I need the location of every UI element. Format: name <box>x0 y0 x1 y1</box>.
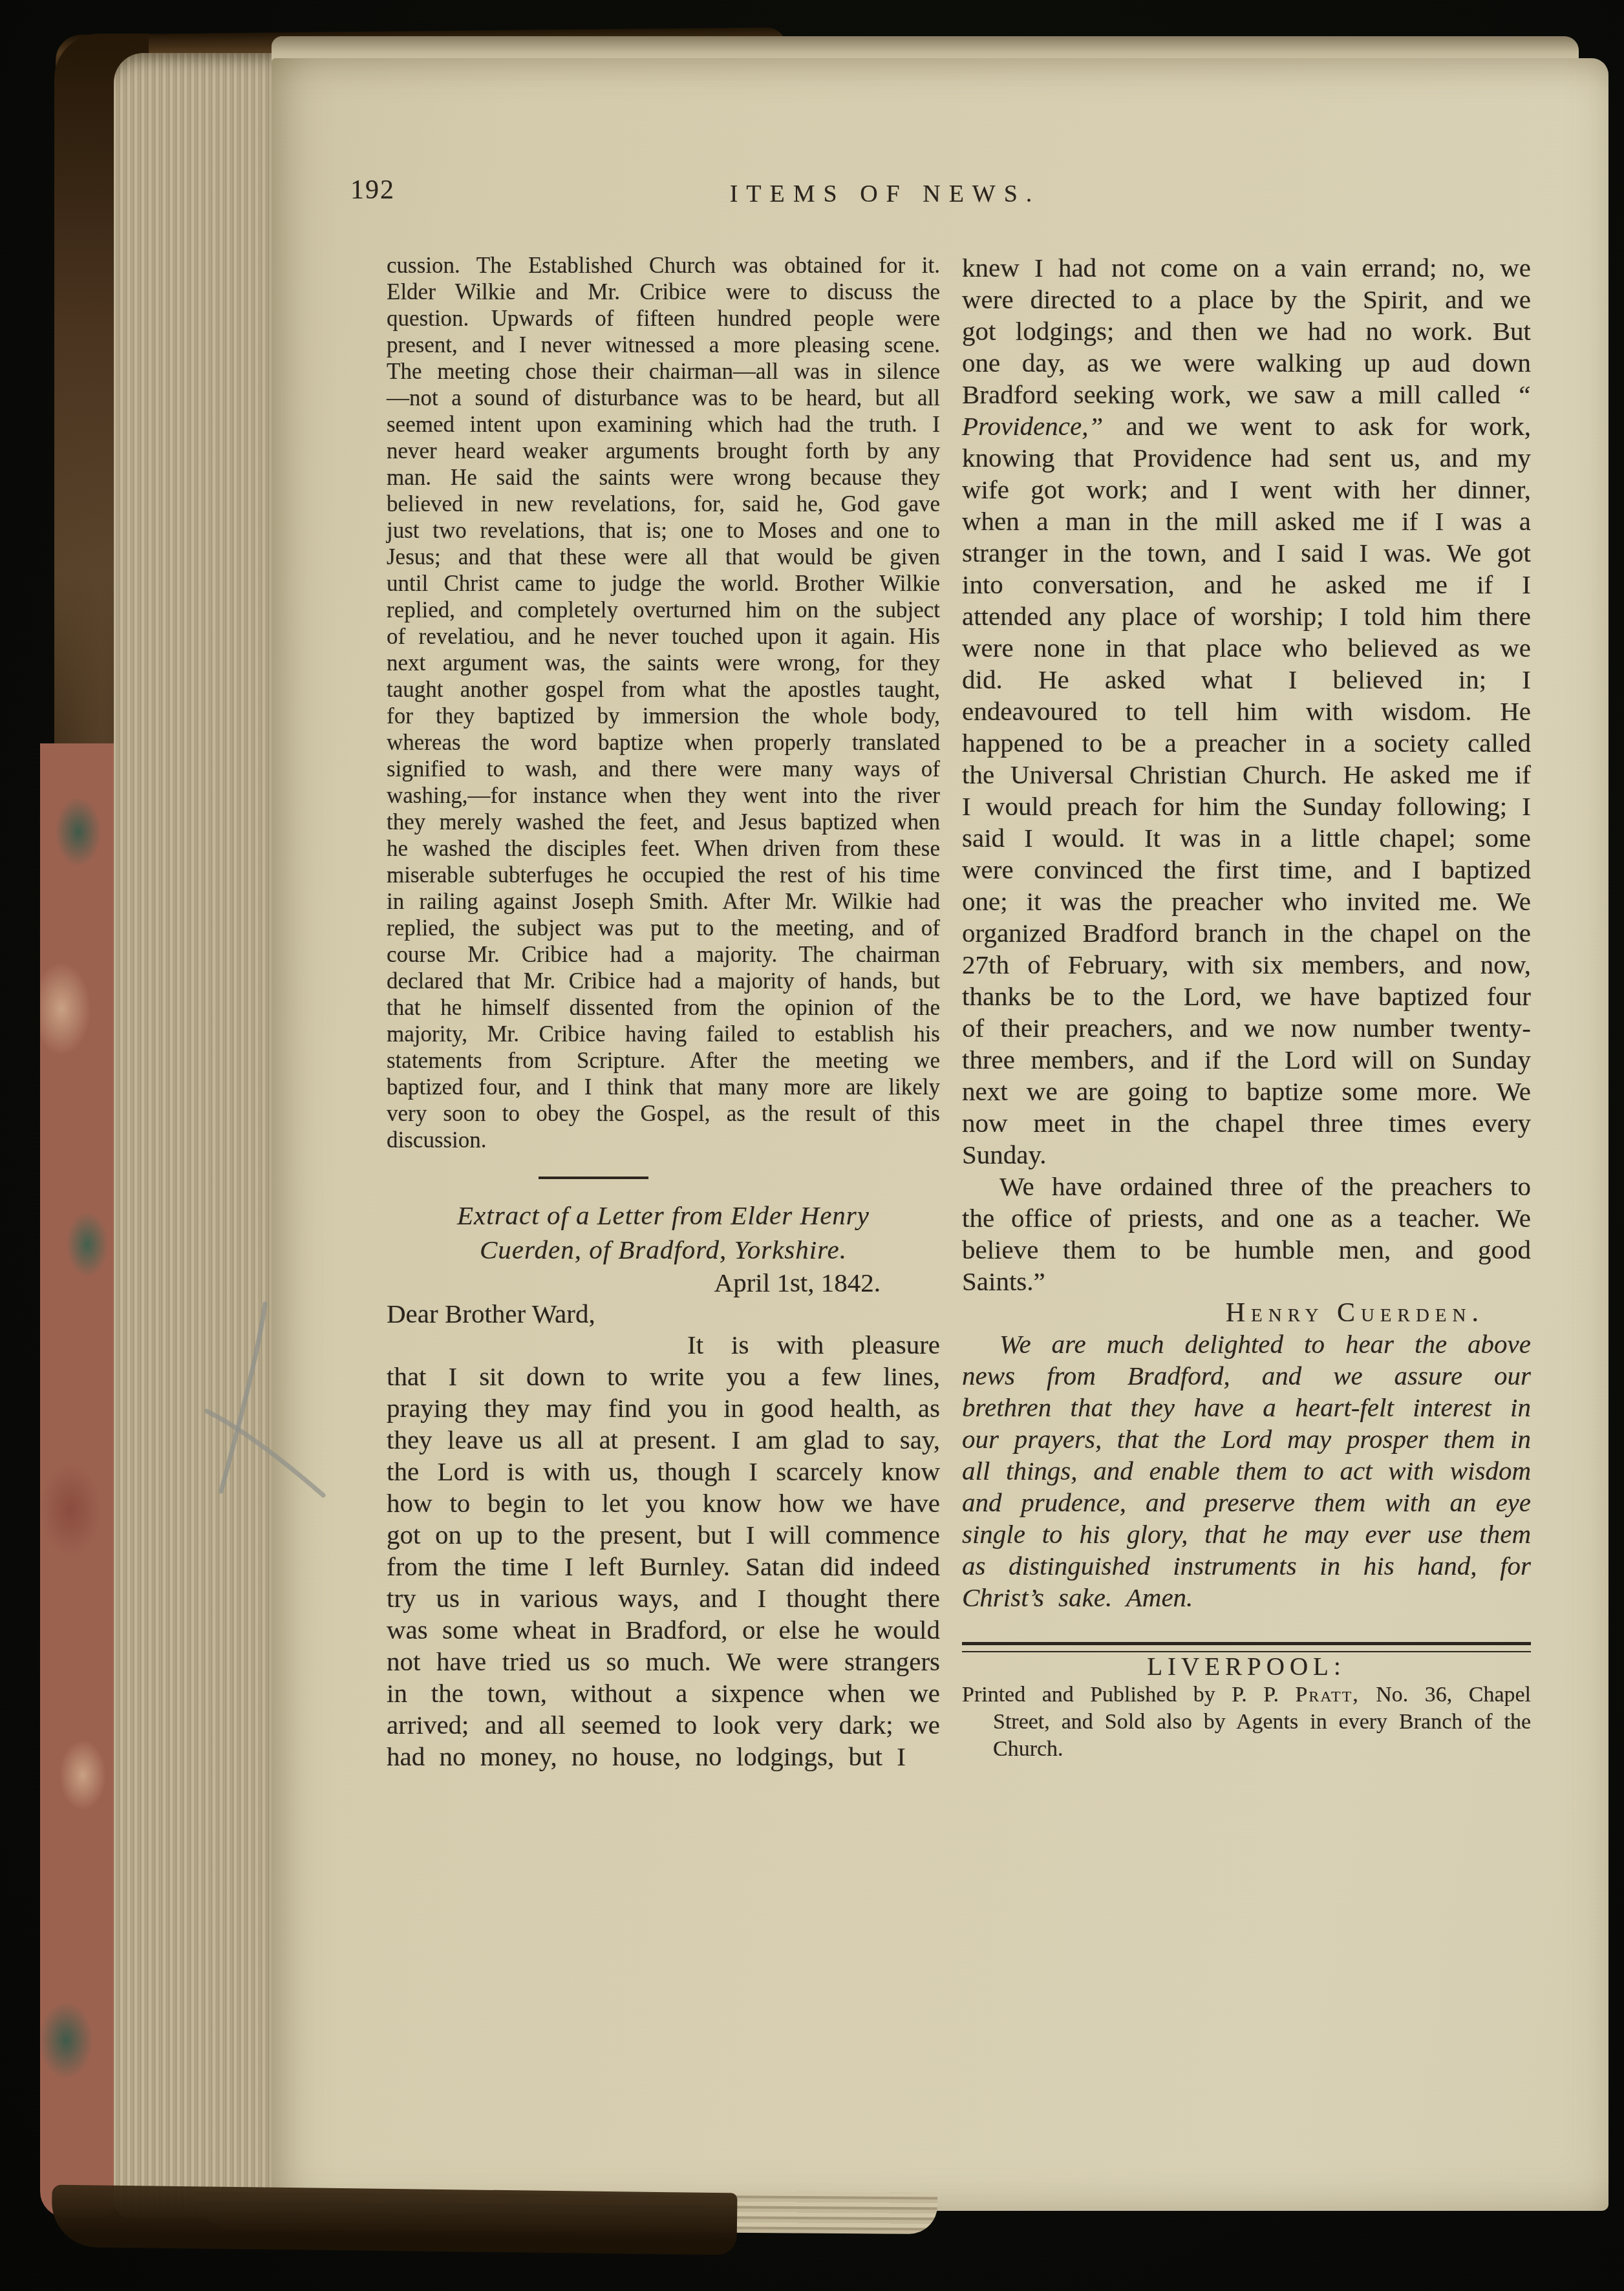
pencil-x-mark <box>206 1303 335 1503</box>
running-head: ITEMS OF NEWS. <box>272 180 1499 208</box>
marbled-endpaper <box>40 743 116 2217</box>
letter-salutation: Dear Brother Ward, <box>387 1298 940 1329</box>
letter-body: It is with pleasure that I sit down to w… <box>387 1329 940 1773</box>
book-cover-bottom-edge <box>51 2185 737 2255</box>
book-page: 192 ITEMS OF NEWS. cussion. The Establis… <box>272 58 1608 2211</box>
imprint-double-rule <box>962 1642 1531 1652</box>
section-rule <box>539 1177 648 1179</box>
letter-heading-line1: Extract of a Letter from Elder Henry <box>387 1199 940 1233</box>
letter-continuation: knew I had not come on a vain errand; no… <box>962 252 1531 1171</box>
letter-signature: Henry Cuerden. <box>962 1297 1531 1328</box>
imprint-colophon: Printed and Published by P. P. Pratt, No… <box>962 1681 1531 1763</box>
right-column: knew I had not come on a vain errand; no… <box>962 252 1531 1763</box>
left-column: cussion. The Established Church was obta… <box>387 252 940 1773</box>
letter-continuation-text-after: and we went to ask for work, knowing tha… <box>962 411 1531 1169</box>
book-photo: 192 ITEMS OF NEWS. cussion. The Establis… <box>0 0 1624 2291</box>
article-continuation: cussion. The Established Church was obta… <box>387 252 940 1153</box>
colophon-text: Printed and Published by P. P. <box>962 1683 1295 1707</box>
editorial-note: We are much delighted to hear the above … <box>962 1328 1531 1614</box>
letter-heading-line2: Cuerden, of Bradford, Yorkshire. <box>387 1233 940 1267</box>
printer-name: Pratt, <box>1295 1683 1359 1707</box>
pencil-stroke <box>221 1304 265 1491</box>
letter-dateline: April 1st, 1842. <box>387 1267 940 1298</box>
letter-continuation-text: knew I had not come on a vain errand; no… <box>962 253 1531 409</box>
imprint-city: LIVERPOOL: <box>962 1652 1531 1681</box>
page-stack-fore-edge <box>114 53 283 2219</box>
letter-paragraph-ordained: We have ordained three of the preachers … <box>962 1171 1531 1297</box>
letter-heading: Extract of a Letter from Elder Henry Cue… <box>387 1199 940 1267</box>
